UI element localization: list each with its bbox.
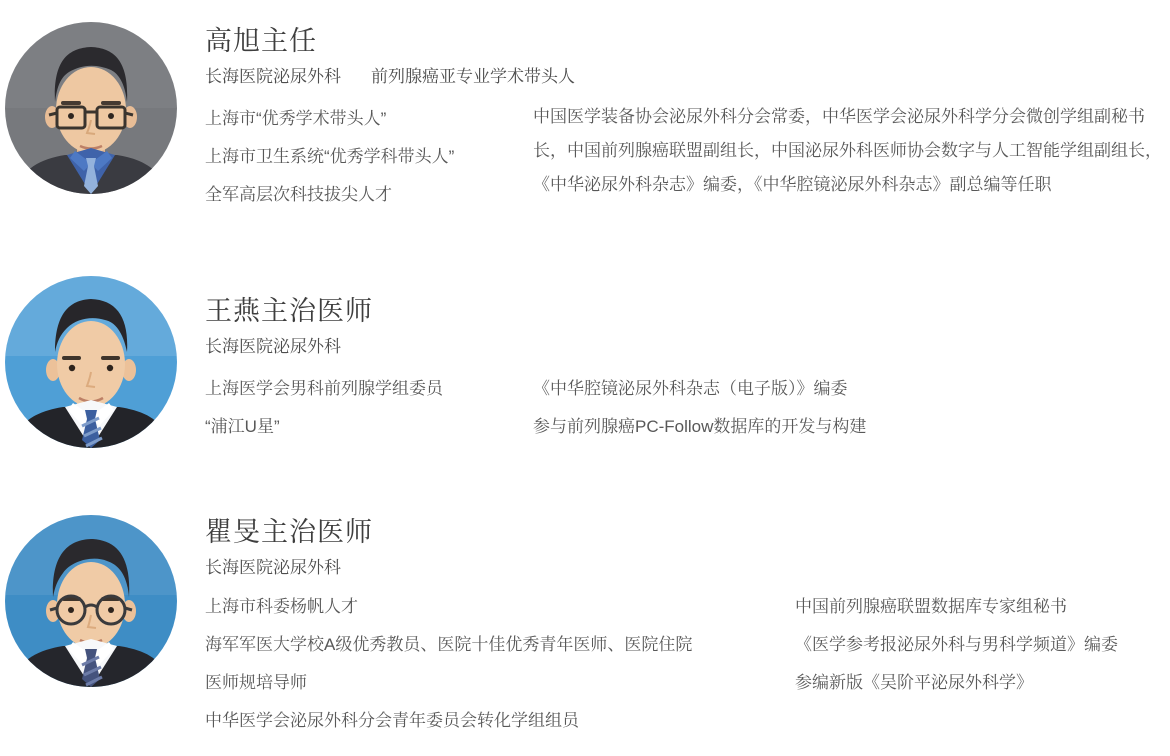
doctor-name: 高旭主任 (205, 26, 1170, 56)
credentials: 上海市科委杨帆人才 海军军医大学校A级优秀教员、医院十佳优秀青年医师、医院住院医… (205, 588, 1170, 740)
doctor-name: 王燕主治医师 (205, 296, 1170, 326)
doctor-affiliation-line: 长海医院泌尿外科 (205, 336, 1170, 358)
credentials-right-column: 《中华腔镜泌尿外科杂志（电子版）》编委 参与前列腺癌PC-Follow数据库的开… (533, 370, 1170, 446)
credential-item: 中国医学装备协会泌尿外科分会常委，中华医学会泌尿外科学分会微创学组副秘书长，中国… (533, 100, 1165, 202)
credential-item: 上海市卫生系统“优秀学科带头人” (205, 138, 533, 176)
doctor-1-photo (5, 22, 177, 194)
profile-page: 高旭主任 长海医院泌尿外科前列腺癌亚专业学术带头人 上海市“优秀学术带头人” 上… (0, 0, 1170, 756)
credential-item: “浦江U星” (205, 408, 533, 446)
credentials-left-column: 上海市“优秀学术带头人” 上海市卫生系统“优秀学科带头人” 全军高层次科技拔尖人… (205, 100, 533, 214)
doctor-name: 瞿旻主治医师 (205, 517, 1170, 547)
doctor-3-info: 瞿旻主治医师 长海医院泌尿外科 上海市科委杨帆人才 海军军医大学校A级优秀教员、… (205, 517, 1170, 740)
credentials-left-column: 上海市科委杨帆人才 海军军医大学校A级优秀教员、医院十佳优秀青年医师、医院住院医… (205, 588, 795, 740)
doctor-1-info: 高旭主任 长海医院泌尿外科前列腺癌亚专业学术带头人 上海市“优秀学术带头人” 上… (205, 26, 1170, 214)
credential-item: 上海市科委杨帆人才 (205, 588, 705, 626)
doctor-2-info: 王燕主治医师 长海医院泌尿外科 上海医学会男科前列腺学组委员 “浦江U星” 《中… (205, 296, 1170, 446)
credential-item: 海军军医大学校A级优秀教员、医院十佳优秀青年医师、医院住院医师规培导师 (205, 626, 705, 702)
credential-item: 中国前列腺癌联盟数据库专家组秘书 (795, 588, 1170, 626)
portrait-gao-xu (5, 22, 177, 194)
doctor-affiliation-line: 长海医院泌尿外科前列腺癌亚专业学术带头人 (205, 66, 1170, 88)
credentials-left-column: 上海医学会男科前列腺学组委员 “浦江U星” (205, 370, 533, 446)
doctor-2-photo (5, 276, 177, 448)
specialty-role: 前列腺癌亚专业学术带头人 (371, 67, 575, 86)
credential-item: 《医学参考报泌尿外科与男科学频道》编委 (795, 626, 1170, 664)
credentials: 上海市“优秀学术带头人” 上海市卫生系统“优秀学科带头人” 全军高层次科技拔尖人… (205, 100, 1170, 214)
credential-item: 参与前列腺癌PC-Follow数据库的开发与构建 (533, 408, 1170, 446)
portrait-qu-min (5, 515, 177, 687)
credential-item: 上海市“优秀学术带头人” (205, 100, 533, 138)
credential-item: 中华医学会泌尿外科分会青年委员会转化学组组员 (205, 702, 705, 740)
credentials-right-column: 中国前列腺癌联盟数据库专家组秘书 《医学参考报泌尿外科与男科学频道》编委 参编新… (795, 588, 1170, 740)
credential-item: 《中华腔镜泌尿外科杂志（电子版）》编委 (533, 370, 1170, 408)
doctor-affiliation-line: 长海医院泌尿外科 (205, 557, 1170, 579)
affiliation: 长海医院泌尿外科 (205, 558, 341, 577)
credential-item: 参编新版《吴阶平泌尿外科学》 (795, 664, 1170, 702)
credential-item: 上海医学会男科前列腺学组委员 (205, 370, 533, 408)
affiliation: 长海医院泌尿外科 (205, 67, 341, 86)
affiliation: 长海医院泌尿外科 (205, 337, 341, 356)
credentials: 上海医学会男科前列腺学组委员 “浦江U星” 《中华腔镜泌尿外科杂志（电子版）》编… (205, 370, 1170, 446)
credentials-right-column: 中国医学装备协会泌尿外科分会常委，中华医学会泌尿外科学分会微创学组副秘书长，中国… (533, 100, 1170, 214)
doctor-3-photo (5, 515, 177, 687)
portrait-wang-yan (5, 276, 177, 448)
credential-item: 全军高层次科技拔尖人才 (205, 176, 533, 214)
